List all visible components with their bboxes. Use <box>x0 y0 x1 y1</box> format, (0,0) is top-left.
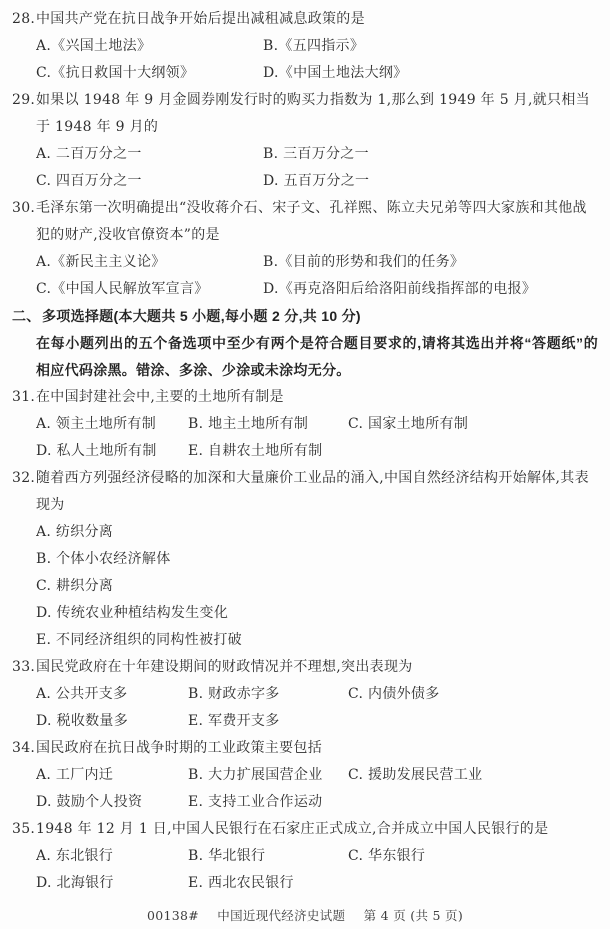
question-32: 32. 随着西方列强经济侵略的加深和大量廉价工业品的涌入,中国自然经济结构开始解… <box>12 465 598 654</box>
question-31-option-c: C. 国家土地所有制 <box>348 411 598 438</box>
question-32-stem: 随着西方列强经济侵略的加深和大量廉价工业品的涌入,中国自然经济结构开始解体,其表… <box>36 465 598 519</box>
question-29: 29. 如果以 1948 年 9 月金圆券刚发行时的购买力指数为 1,那么到 1… <box>12 87 598 195</box>
question-28-stem: 中国共产党在抗日战争开始后提出减租减息政策的是 <box>36 6 598 33</box>
question-30: 30. 毛泽东第一次明确提出“没收蒋介石、宋子文、孔祥熙、陈立夫兄弟等四大家族和… <box>12 195 598 303</box>
question-33-option-e: E. 军费开支多 <box>188 708 348 735</box>
question-35-number: 35. <box>12 816 36 843</box>
question-34: 34. 国民政府在抗日战争时期的工业政策主要包括 A. 工厂内迁 B. 大力扩展… <box>12 735 598 816</box>
question-32-option-c: C. 耕织分离 <box>36 573 598 600</box>
question-28-option-d: D.《中国土地法大纲》 <box>263 60 598 87</box>
question-30-option-c: C.《中国人民解放军宣言》 <box>36 276 263 303</box>
page-footer: 00138# 中国近现代经济史试题 第 4 页 (共 5 页) <box>12 902 598 929</box>
question-31-option-b: B. 地主土地所有制 <box>188 411 348 438</box>
question-31: 31. 在中国封建社会中,主要的土地所有制是 A. 领主土地所有制 B. 地主土… <box>12 384 598 465</box>
question-35-option-c: C. 华东银行 <box>348 843 598 870</box>
question-30-option-a: A.《新民主主义论》 <box>36 249 263 276</box>
section-2-marker: 二、 <box>12 303 42 330</box>
question-35-option-a: A. 东北银行 <box>36 843 188 870</box>
question-35-option-e: E. 西北农民银行 <box>188 870 348 897</box>
question-35: 35. 1948 年 12 月 1 日,中国人民银行在石家庄正式成立,合并成立中… <box>12 816 598 897</box>
question-28-option-a: A.《兴国土地法》 <box>36 33 263 60</box>
question-35-option-d: D. 北海银行 <box>36 870 188 897</box>
question-34-number: 34. <box>12 735 36 762</box>
question-34-option-e: E. 支持工业合作运动 <box>188 789 348 816</box>
question-29-option-a: A. 二百万分之一 <box>36 141 263 168</box>
exam-title: 中国近现代经济史试题 <box>217 908 345 923</box>
question-30-stem: 毛泽东第一次明确提出“没收蒋介石、宋子文、孔祥熙、陈立夫兄弟等四大家族和其他战犯… <box>36 195 598 249</box>
question-32-option-a: A. 纺织分离 <box>36 519 598 546</box>
question-34-option-c: C. 援助发展民营工业 <box>348 762 598 789</box>
question-35-stem: 1948 年 12 月 1 日,中国人民银行在石家庄正式成立,合并成立中国人民银… <box>36 816 598 843</box>
question-31-options: A. 领主土地所有制 B. 地主土地所有制 C. 国家土地所有制 D. 私人土地… <box>36 411 598 465</box>
question-31-option-a: A. 领主土地所有制 <box>36 411 188 438</box>
question-28-number: 28. <box>12 6 36 33</box>
question-33-option-b: B. 财政赤字多 <box>188 681 348 708</box>
section-2-title: 多项选择题(本大题共 5 小题,每小题 2 分,共 10 分) <box>42 303 598 330</box>
exam-code: 00138# <box>147 908 199 923</box>
question-31-option-e: E. 自耕农土地所有制 <box>188 438 348 465</box>
question-34-option-d: D. 鼓励个人投资 <box>36 789 188 816</box>
question-31-option-d: D. 私人土地所有制 <box>36 438 188 465</box>
question-28-option-c: C.《抗日救国十大纲领》 <box>36 60 263 87</box>
question-33-option-a: A. 公共开支多 <box>36 681 188 708</box>
question-35-options: A. 东北银行 B. 华北银行 C. 华东银行 D. 北海银行 E. 西北农民银… <box>36 843 598 897</box>
question-33-options: A. 公共开支多 B. 财政赤字多 C. 内债外债多 D. 税收数量多 E. 军… <box>36 681 598 735</box>
question-32-number: 32. <box>12 465 36 492</box>
question-34-option-a: A. 工厂内迁 <box>36 762 188 789</box>
exam-page: 28. 中国共产党在抗日战争开始后提出减租减息政策的是 A.《兴国土地法》 B.… <box>0 0 610 929</box>
section-2-heading: 二、 多项选择题(本大题共 5 小题,每小题 2 分,共 10 分) <box>12 303 598 330</box>
question-33-stem: 国民党政府在十年建设期间的财政情况并不理想,突出表现为 <box>36 654 598 681</box>
question-32-options: A. 纺织分离 B. 个体小农经济解体 C. 耕织分离 D. 传统农业种植结构发… <box>36 519 598 654</box>
question-30-options: A.《新民主主义论》 B.《目前的形势和我们的任务》 C.《中国人民解放军宣言》… <box>36 249 598 303</box>
question-29-options: A. 二百万分之一 B. 三百万分之一 C. 四百万分之一 D. 五百万分之一 <box>36 141 598 195</box>
question-33-option-d: D. 税收数量多 <box>36 708 188 735</box>
question-34-stem: 国民政府在抗日战争时期的工业政策主要包括 <box>36 735 598 762</box>
question-34-options: A. 工厂内迁 B. 大力扩展国营企业 C. 援助发展民营工业 D. 鼓励个人投… <box>36 762 598 816</box>
question-30-option-b: B.《目前的形势和我们的任务》 <box>263 249 598 276</box>
question-28-option-b: B.《五四指示》 <box>263 33 598 60</box>
question-30-number: 30. <box>12 195 36 222</box>
question-33-option-c: C. 内债外债多 <box>348 681 598 708</box>
question-31-stem: 在中国封建社会中,主要的土地所有制是 <box>36 384 598 411</box>
question-34-option-b: B. 大力扩展国营企业 <box>188 762 348 789</box>
question-33-number: 33. <box>12 654 36 681</box>
section-2-instructions: 在每小题列出的五个备选项中至少有两个是符合题目要求的,请将其选出并将“答题纸”的… <box>36 330 598 384</box>
question-29-option-d: D. 五百万分之一 <box>263 168 598 195</box>
question-33: 33. 国民党政府在十年建设期间的财政情况并不理想,突出表现为 A. 公共开支多… <box>12 654 598 735</box>
question-29-option-c: C. 四百万分之一 <box>36 168 263 195</box>
question-29-number: 29. <box>12 87 36 114</box>
question-29-option-b: B. 三百万分之一 <box>263 141 598 168</box>
question-28: 28. 中国共产党在抗日战争开始后提出减租减息政策的是 A.《兴国土地法》 B.… <box>12 6 598 87</box>
question-32-option-d: D. 传统农业种植结构发生变化 <box>36 600 598 627</box>
question-32-option-b: B. 个体小农经济解体 <box>36 546 598 573</box>
question-35-option-b: B. 华北银行 <box>188 843 348 870</box>
question-32-option-e: E. 不同经济组织的同构性被打破 <box>36 627 598 654</box>
question-31-number: 31. <box>12 384 36 411</box>
question-30-option-d: D.《再克洛阳后给洛阳前线指挥部的电报》 <box>263 276 598 303</box>
question-29-stem: 如果以 1948 年 9 月金圆券刚发行时的购买力指数为 1,那么到 1949 … <box>36 87 598 141</box>
question-28-options: A.《兴国土地法》 B.《五四指示》 C.《抗日救国十大纲领》 D.《中国土地法… <box>36 33 598 87</box>
page-indicator: 第 4 页 (共 5 页) <box>364 908 463 923</box>
